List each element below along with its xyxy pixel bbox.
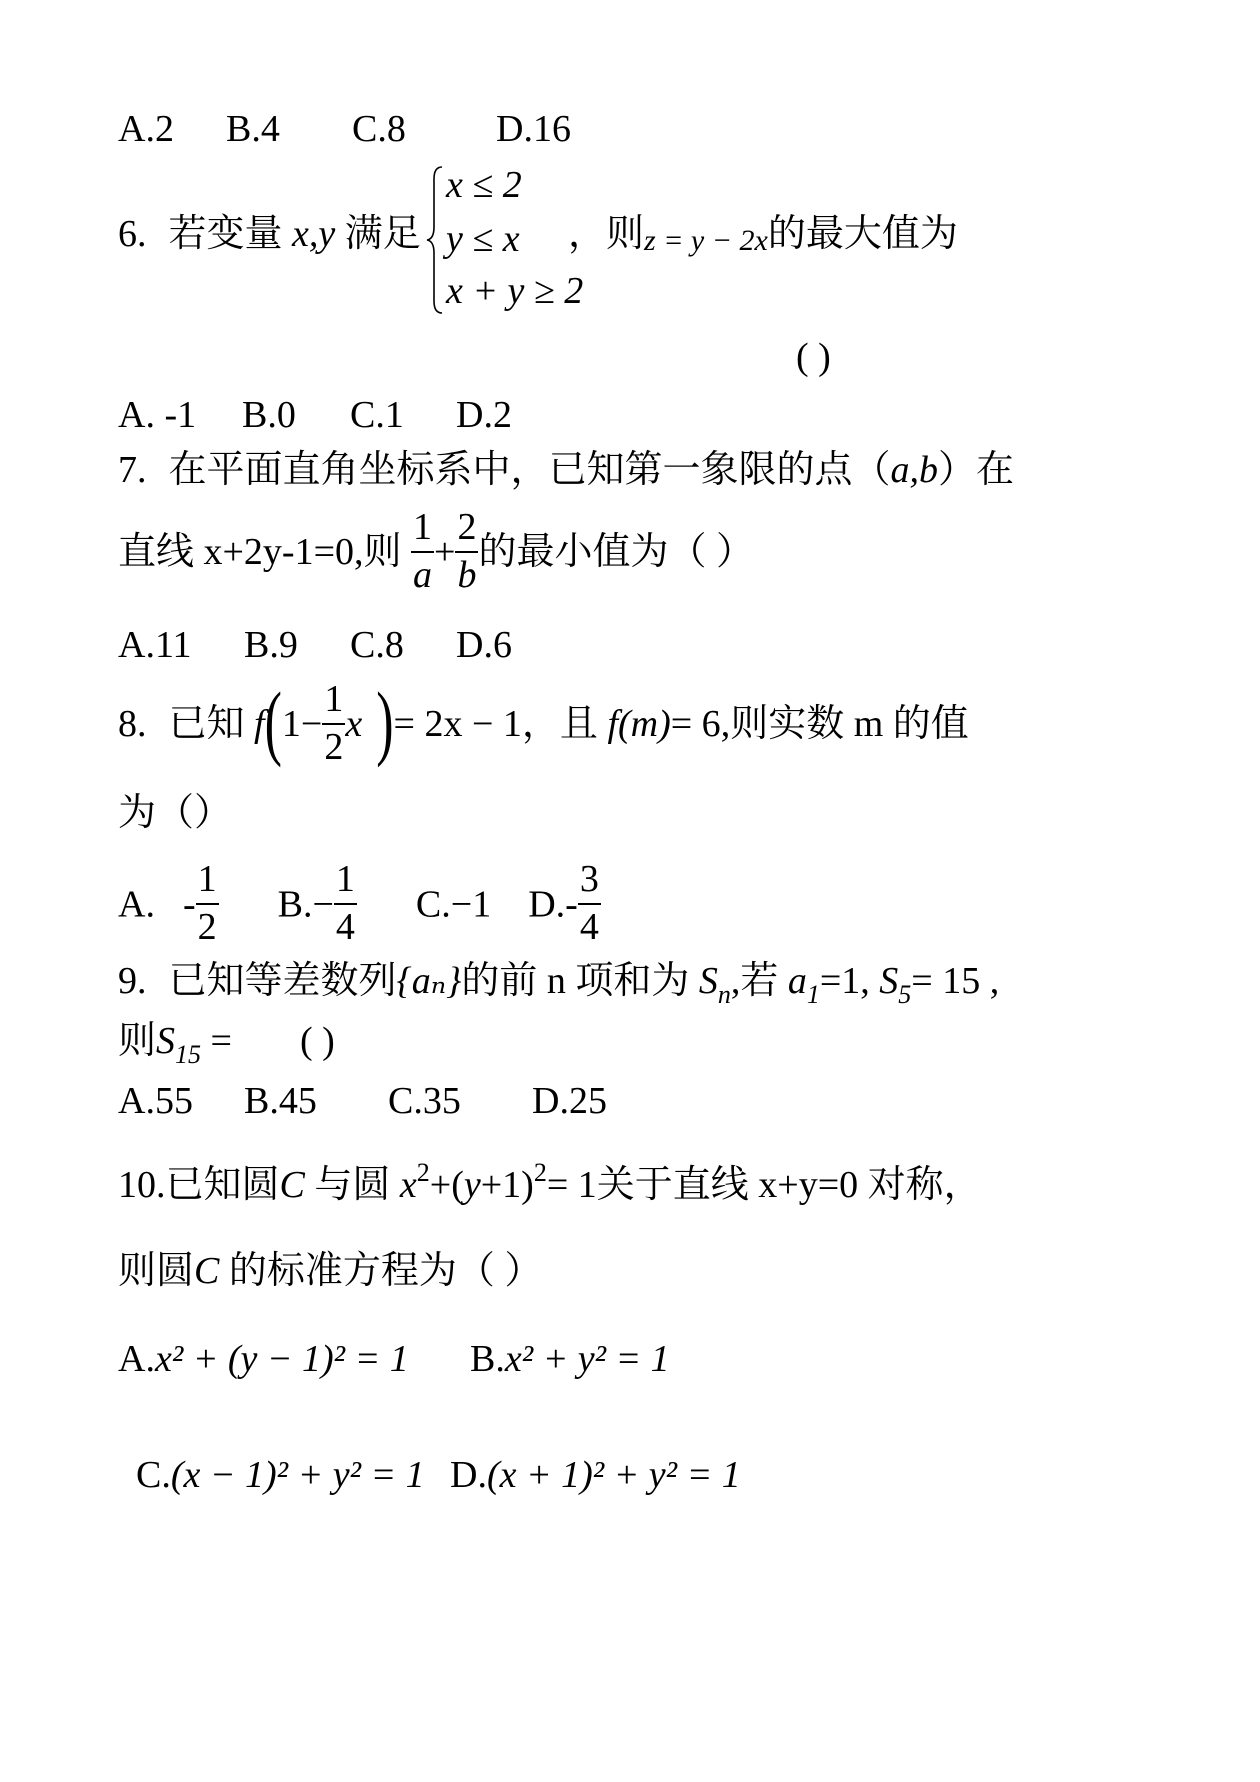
- q10-line1-c: 关于直线 x+y=0 对称，: [597, 1164, 982, 1206]
- right-paren: ): [376, 682, 393, 765]
- q6-text-then: ，则: [568, 213, 644, 255]
- q10-line2-b: 的标准方程为（ ）: [229, 1250, 543, 1292]
- q8-line2: 为（）: [118, 794, 232, 832]
- q10-option-c: C.(x − 1)² + y² = 1: [136, 1456, 425, 1494]
- q10-line1-a: 10.已知圆: [118, 1164, 280, 1206]
- q5-option-d: D.16: [496, 110, 571, 148]
- q8-option-a: A.-12: [118, 880, 228, 922]
- q6-text-before: 若变量: [169, 213, 283, 255]
- q10-c: C: [280, 1164, 305, 1206]
- q10-option-d: D.(x + 1)² + y² = 1: [450, 1456, 741, 1494]
- q6-constraint-3: x + y ≥ 2: [446, 272, 583, 310]
- q6-constraint-2: y ≤ x: [446, 220, 520, 258]
- q7-number: 7.: [118, 449, 147, 491]
- q6-answer-blank: ( ): [796, 338, 831, 376]
- q9-a1: a1: [788, 960, 820, 1002]
- q9-option-c: C.35: [388, 1082, 461, 1120]
- q8-text-after: ,则实数 m 的值: [721, 703, 969, 745]
- q9-s5-val: = 15 ,: [911, 960, 999, 1002]
- q8-number: 8.: [118, 703, 147, 745]
- q8-rhs: = 2x − 1: [394, 703, 522, 745]
- q8-inner-one-minus: 1−: [282, 703, 322, 745]
- q9-text3: ,若: [731, 960, 779, 1002]
- q9-sn: Sn: [699, 960, 731, 1002]
- q8-f: f: [254, 703, 265, 745]
- q6-number: 6.: [118, 213, 147, 255]
- q5-option-c: C.8: [352, 110, 406, 148]
- q6-option-b: B.0: [242, 396, 296, 434]
- q10-line1-b: 与圆: [314, 1164, 390, 1206]
- q7-line1-end: ）在: [938, 449, 1014, 491]
- q8-option-c: C.−1: [416, 880, 501, 922]
- q9-s15-eq: =: [211, 1020, 232, 1062]
- q9-a1-val: =1,: [820, 960, 870, 1002]
- q8-inner-fraction: 1 2: [322, 680, 345, 768]
- q6-option-c: C.1: [350, 396, 404, 434]
- q6-option-d: D.2: [456, 396, 512, 434]
- q9-line2-then: 则: [118, 1020, 156, 1062]
- q9-answer-blank: ( ): [300, 1022, 335, 1060]
- q7-fraction-2: 2 b: [455, 508, 478, 596]
- q7-fraction-1: 1 a: [411, 508, 434, 596]
- q8-fm-eq: = 6: [671, 703, 721, 745]
- q9-text2: 的前 n 项和为: [461, 960, 689, 1002]
- q10-line2-c: C: [194, 1250, 219, 1292]
- q9-option-b: B.45: [244, 1082, 317, 1120]
- q9-number: 9.: [118, 960, 147, 1002]
- q8-option-b: B.−14: [278, 880, 367, 922]
- q9-text1: 已知等差数列: [169, 960, 397, 1002]
- q6-constraint-1: x ≤ 2: [446, 166, 522, 204]
- q6-text-satisfy: 满足: [345, 213, 421, 255]
- q8-comma-and: ，且: [522, 703, 598, 745]
- q7-option-c: C.8: [350, 626, 404, 664]
- q6-vars: x,y: [292, 213, 335, 255]
- q8-fm: f(m): [607, 703, 670, 745]
- q5-option-b: B.4: [226, 110, 280, 148]
- q9-sequence: {aₙ}: [397, 960, 462, 1002]
- q9-s15: S15: [156, 1020, 201, 1062]
- q9-option-d: D.25: [532, 1082, 607, 1120]
- left-brace-icon: [424, 165, 446, 315]
- q7-line2-end: 的最小值为（ ）: [478, 531, 754, 573]
- q7-plus: +: [434, 531, 455, 573]
- q7-line2-start: 直线 x+2y-1=0,则: [118, 531, 402, 573]
- q9-s5: S5: [879, 960, 911, 1002]
- q10-option-a: A.x² + (y − 1)² = 1: [118, 1340, 409, 1378]
- q10-option-b: B.x² + y² = 1: [470, 1340, 670, 1378]
- q8-option-d: D.-34: [528, 880, 601, 922]
- q9-option-a: A.55: [118, 1082, 193, 1120]
- q7-option-a: A.11: [118, 626, 192, 664]
- q7-option-d: D.6: [456, 626, 512, 664]
- q8-inner-x: x: [345, 703, 362, 745]
- left-paren: (: [265, 682, 282, 765]
- q6-option-a: A. -1: [118, 396, 196, 434]
- q6-text-after: 的最大值为: [768, 213, 958, 255]
- q7-line1-text: 在平面直角坐标系中，已知第一象限的点（: [169, 449, 891, 491]
- q7-option-b: B.9: [244, 626, 298, 664]
- q8-text-known: 已知: [169, 703, 245, 745]
- q6-objective: z = y − 2x: [644, 224, 768, 257]
- q10-line2-a: 则圆: [118, 1250, 194, 1292]
- q7-point: a,b: [891, 449, 939, 491]
- q5-option-a: A.2: [118, 110, 174, 148]
- q10-equation: x2+(y+1)2= 1: [400, 1164, 597, 1206]
